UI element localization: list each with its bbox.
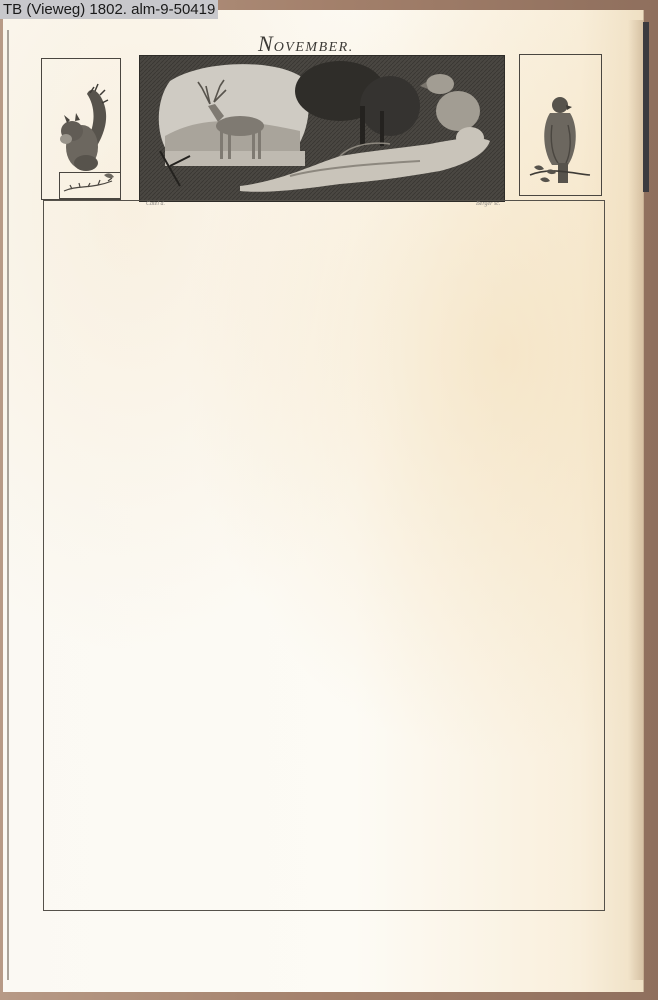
- november-engraving: [139, 55, 505, 202]
- title-rest: OVEMBER: [274, 40, 349, 55]
- bird-of-prey-icon: [520, 55, 601, 195]
- blank-writing-frame: [43, 200, 605, 911]
- spine-line: [7, 30, 9, 980]
- page-title: NOVEMBER.: [258, 31, 408, 57]
- title-period: .: [349, 40, 354, 55]
- sleeping-hunter-scene-icon: [140, 56, 504, 201]
- left-vignette-frame: [41, 58, 121, 200]
- binding-edge: [643, 22, 649, 192]
- page-edge-shadow: [628, 20, 644, 980]
- image-label: TB (Vieweg) 1802. alm-9-50419: [0, 0, 218, 19]
- squirrel-icon: [42, 59, 120, 199]
- title-initial: N: [258, 31, 274, 56]
- right-vignette-frame: [519, 54, 602, 196]
